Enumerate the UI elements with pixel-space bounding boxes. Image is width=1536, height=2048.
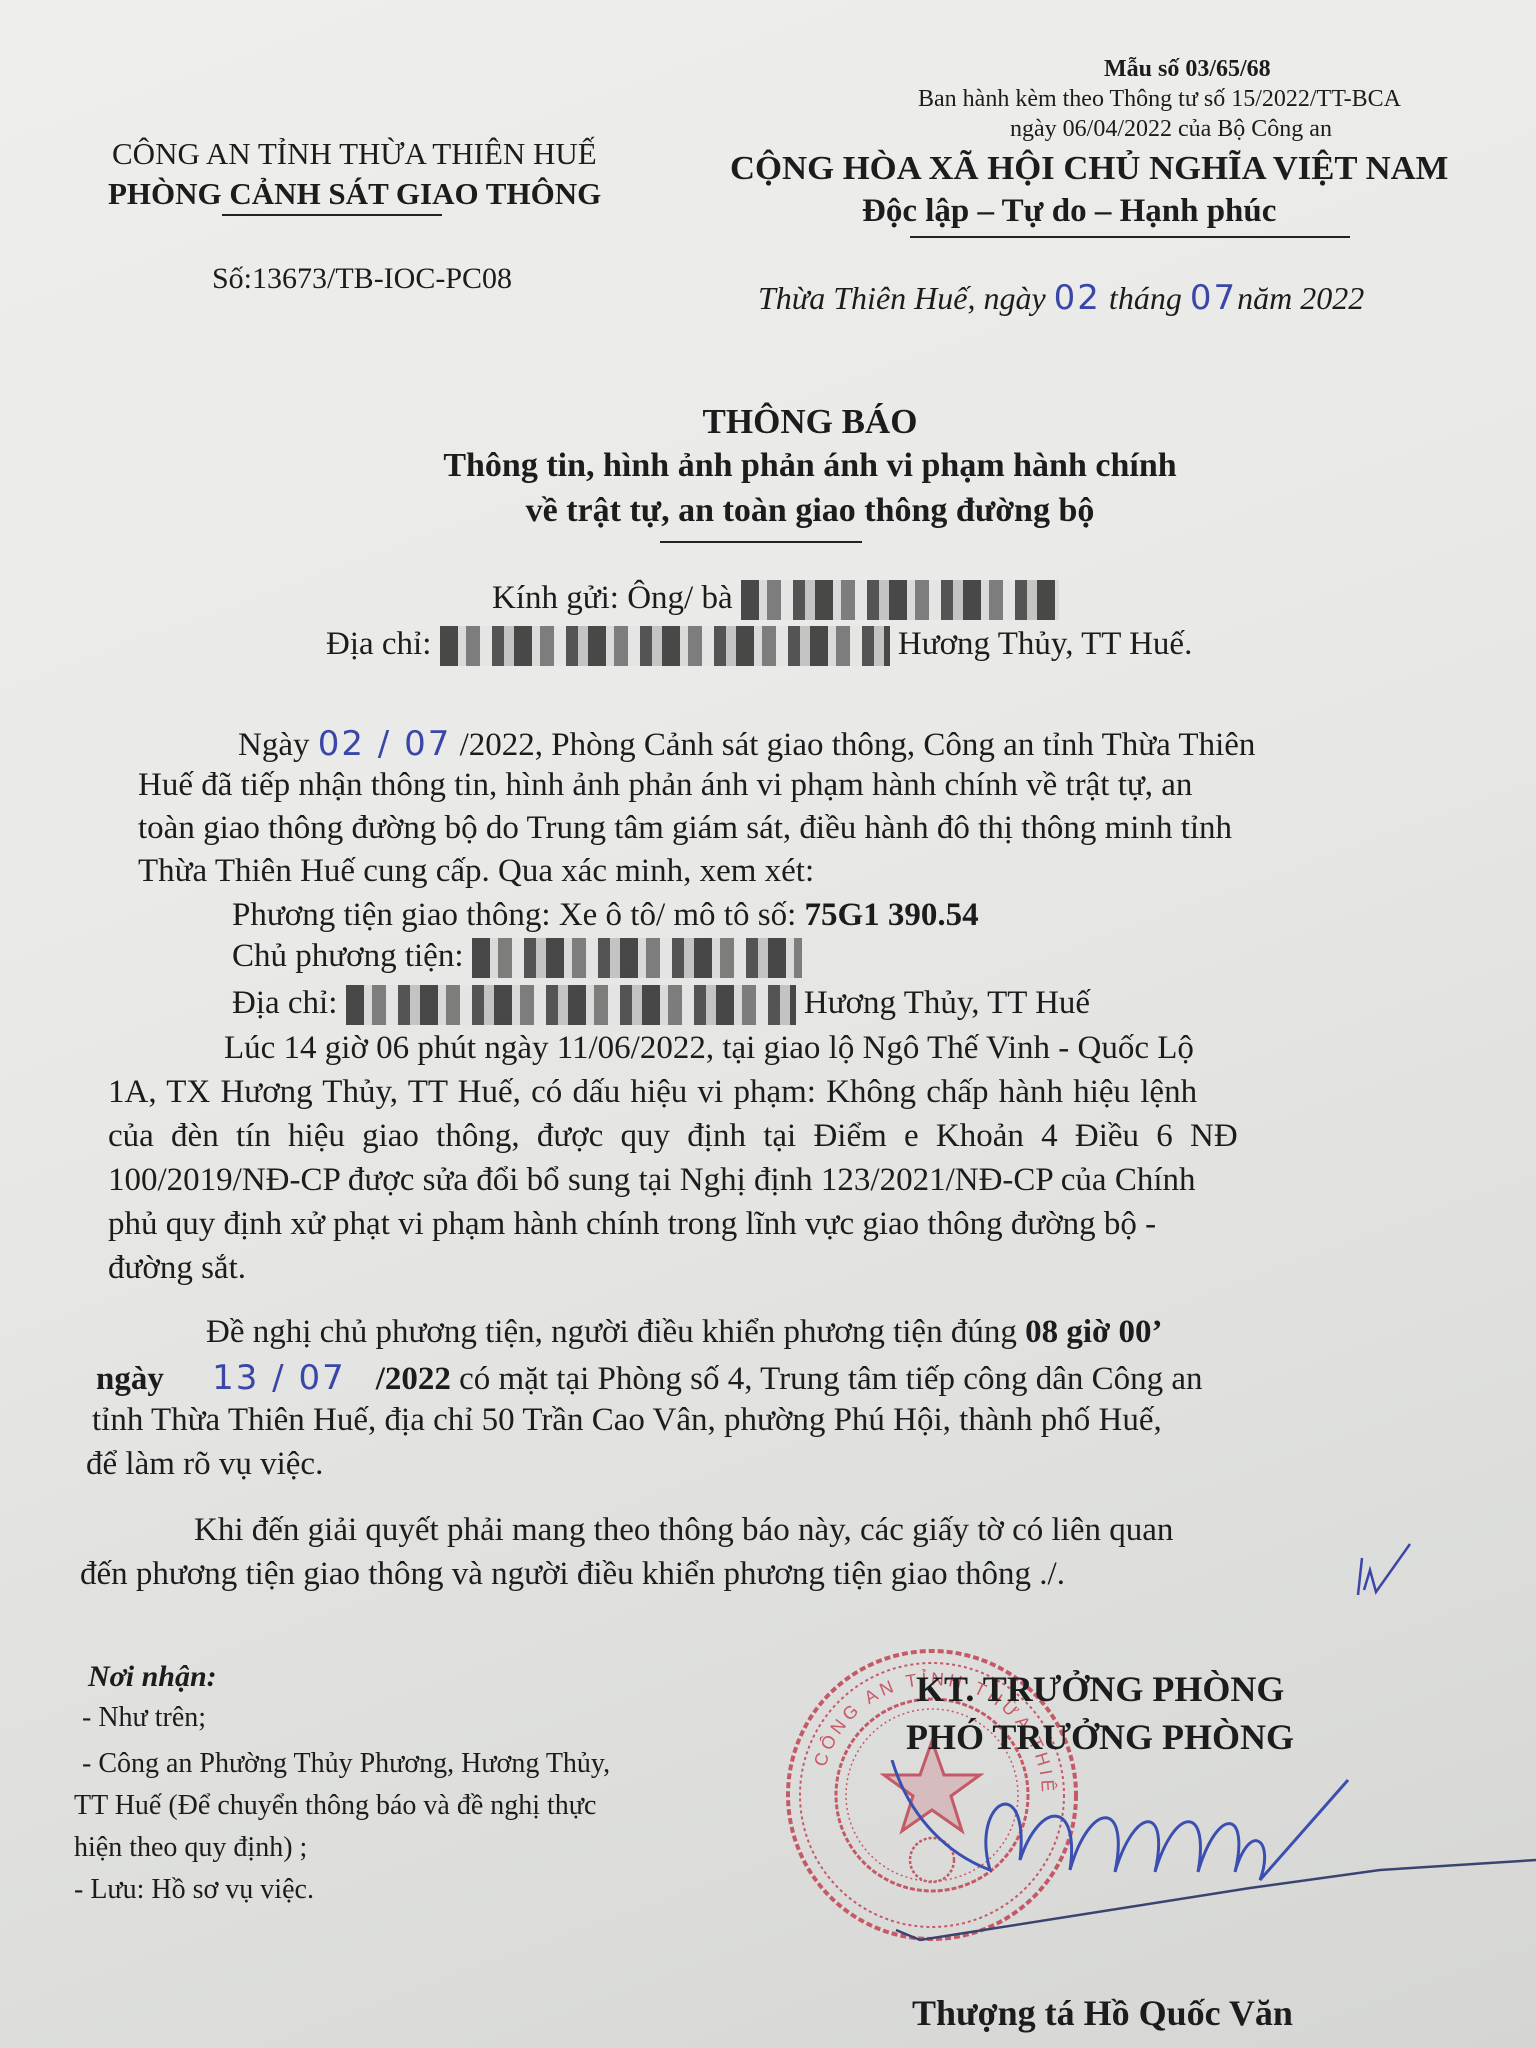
appointment-location: có mặt tại Phòng số 4, Trung tâm tiếp cô… (459, 1361, 1202, 1397)
owner-address-suffix: Hương Thủy, TT Huế (804, 985, 1090, 1021)
distribution-item: TT Huế (Để chuyển thông báo và đề nghị t… (74, 1790, 596, 1822)
recipient-line: Kính gửi: Ông/ bà (492, 580, 1059, 620)
request-text: Đề nghị chủ phương tiện, người điều khiể… (206, 1314, 1017, 1350)
distribution-item: - Công an Phường Thủy Phương, Hương Thủy… (82, 1748, 610, 1780)
document-number: Số:13673/TB-IOC-PC08 (212, 262, 512, 296)
para1-line3: toàn giao thông đường bộ do Trung tâm gi… (138, 810, 1232, 847)
place-date-prefix: Thừa Thiên Huế, ngày (758, 280, 1046, 316)
handwritten-month: 07 (1190, 278, 1237, 318)
violation-line3: của đèn tín hiệu giao thông, được quy đị… (108, 1118, 1238, 1155)
signature-position: PHÓ TRƯỞNG PHÒNG (906, 1716, 1294, 1758)
request-line2: ngày 13 / 07/2022 có mặt tại Phòng số 4,… (96, 1358, 1203, 1398)
request-line3: tỉnh Thừa Thiên Huế, địa chỉ 50 Trần Cao… (92, 1402, 1162, 1439)
recipient-address-suffix: Hương Thủy, TT Huế. (898, 626, 1192, 662)
appointment-day-label: ngày (96, 1361, 164, 1397)
closing-line2: đến phương tiện giao thông và người điều… (80, 1556, 1065, 1593)
document-subtitle-line-2: về trật tự, an toàn giao thông đường bộ (0, 492, 1536, 530)
para1-lead: Ngày (238, 727, 309, 763)
document-title: THÔNG BÁO (0, 402, 1536, 442)
recipient-address-line: Địa chỉ: Hương Thủy, TT Huế. (326, 626, 1192, 666)
handwritten-signature (880, 1760, 1536, 1960)
recipient-address-label: Địa chỉ: (326, 626, 431, 662)
vehicle-line: Phương tiện giao thông: Xe ô tô/ mô tô s… (232, 897, 979, 934)
agency-underline (222, 214, 442, 216)
vehicle-plate: 75G1 390.54 (805, 897, 979, 933)
handwritten-appointment-date: 13 / 07 (212, 1358, 346, 1398)
violation-line2: 1A, TX Hương Thủy, TT Huế, có dấu hiệu v… (108, 1074, 1197, 1111)
para1-line1-rest: /2022, Phòng Cảnh sát giao thông, Công a… (460, 727, 1256, 763)
vehicle-label: Phương tiện giao thông: Xe ô tô/ mô tô s… (232, 897, 796, 933)
form-issued-with: Ban hành kèm theo Thông tư số 15/2022/TT… (918, 86, 1401, 113)
owner-address-label: Địa chỉ: (232, 985, 337, 1021)
redacted-owner-address (346, 985, 796, 1025)
closing-line1: Khi đến giải quyết phải mang theo thông … (194, 1512, 1173, 1549)
request-line1: Đề nghị chủ phương tiện, người điều khiể… (206, 1314, 1163, 1351)
motto-underline (910, 236, 1350, 238)
redacted-recipient-address (440, 626, 890, 666)
form-number: Mẫu số 03/65/68 (1104, 56, 1271, 83)
agency-parent: CÔNG AN TỈNH THỪA THIÊN HUẾ (112, 136, 597, 172)
para1-line4: Thừa Thiên Huế cung cấp. Qua xác minh, x… (138, 853, 814, 890)
appointment-time: 08 giờ 00’ (1025, 1314, 1162, 1350)
distribution-item: - Như trên; (82, 1702, 206, 1734)
signer-name: Thượng tá Hồ Quốc Văn (912, 1992, 1293, 2034)
violation-line5: phủ quy định xử phạt vi phạm hành chính … (108, 1206, 1156, 1243)
place-date: Thừa Thiên Huế, ngày 02 tháng 07năm 2022 (758, 278, 1364, 318)
distribution-item: - Lưu: Hồ sơ vụ việc. (74, 1874, 314, 1906)
owner-address-line: Địa chỉ: Hương Thủy, TT Huế (232, 985, 1090, 1025)
redacted-owner-name (472, 938, 802, 978)
violation-line4: 100/2019/NĐ-CP được sửa đổi bổ sung tại … (108, 1162, 1196, 1199)
distribution-item: hiện theo quy định) ; (74, 1832, 307, 1864)
handwritten-received-date: 02 / 07 (318, 724, 452, 764)
national-motto: Độc lập – Tự do – Hạnh phúc (862, 193, 1276, 230)
notice-document: Mẫu số 03/65/68 Ban hành kèm theo Thông … (0, 0, 1536, 2048)
owner-label: Chủ phương tiện: (232, 938, 464, 974)
para1-line1: Ngày 02 / 07 /2022, Phòng Cảnh sát giao … (238, 724, 1255, 764)
document-subtitle-line-1: Thông tin, hình ảnh phản ánh vi phạm hàn… (0, 447, 1536, 485)
subtitle-underline (660, 541, 862, 543)
form-issued-date: ngày 06/04/2022 của Bộ Công an (1010, 116, 1332, 143)
distribution-label: Nơi nhận: (88, 1660, 217, 1694)
agency-department: PHÒNG CẢNH SÁT GIAO THÔNG (108, 176, 601, 212)
recipient-label: Kính gửi: Ông/ bà (492, 580, 733, 616)
appointment-year: /2022 (376, 1361, 451, 1397)
month-label: tháng (1109, 280, 1182, 316)
request-line4: để làm rõ vụ việc. (86, 1446, 323, 1483)
violation-line6: đường sắt. (108, 1250, 246, 1287)
handwritten-initial-mark (1350, 1540, 1420, 1610)
handwritten-day: 02 (1054, 278, 1101, 318)
country-header: CỘNG HÒA XÃ HỘI CHỦ NGHĨA VIỆT NAM (730, 150, 1448, 188)
signature-on-behalf: KT. TRƯỞNG PHÒNG (916, 1668, 1284, 1710)
para1-line2: Huế đã tiếp nhận thông tin, hình ảnh phả… (138, 767, 1192, 804)
redacted-recipient-name (741, 580, 1059, 620)
year-label: năm 2022 (1237, 280, 1364, 316)
violation-line1: Lúc 14 giờ 06 phút ngày 11/06/2022, tại … (224, 1030, 1194, 1067)
owner-line: Chủ phương tiện: (232, 938, 802, 978)
